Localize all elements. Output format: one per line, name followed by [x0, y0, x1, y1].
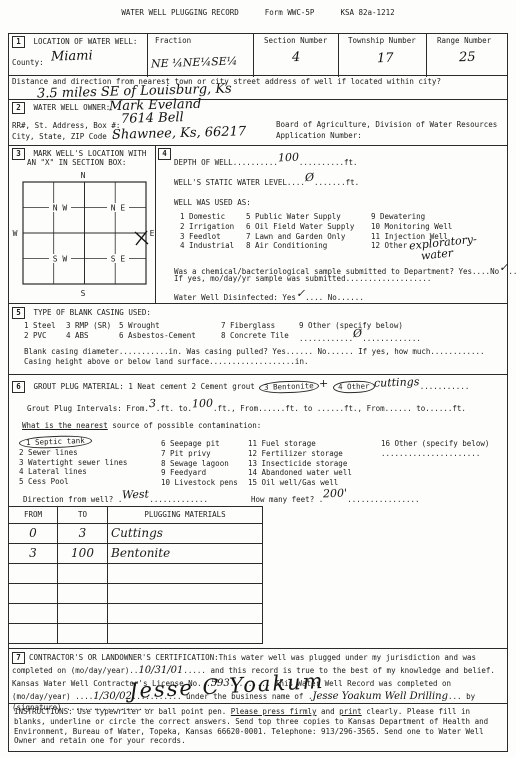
cell-material [108, 584, 263, 604]
range-value: 25 [459, 50, 476, 67]
contamination-option: 11 Fuel storage [248, 439, 352, 449]
casing-other-value: Ø [353, 327, 363, 342]
interval-from-value: 3 [149, 397, 156, 412]
city-value: Shawnee, Ks, 66217 [112, 124, 247, 144]
contamination-option: 7 Pit privy [161, 449, 238, 459]
section7-badge: 7 [12, 652, 25, 664]
section5-casing: 5 TYPE OF BLANK CASING USED: 1 Steel 3 R… [8, 303, 508, 375]
grout-option-bentonite-circled: 3 Bentonite [259, 380, 319, 394]
quarter-ne-label: N E [111, 204, 126, 213]
section1-distance: Distance and direction from nearest town… [8, 75, 508, 100]
section3-badge: 3 [12, 148, 25, 160]
instructions-paragraph: INSTRUCTIONS: Use typewriter or ball poi… [9, 704, 507, 749]
section7-certification: 7CONTRACTOR'S OR LANDOWNER'S CERTIFICATI… [8, 648, 508, 704]
plugging-intervals-table: FROM TO PLUGGING MATERIALS 0 3 Cuttings … [8, 506, 263, 644]
contamination-option: 12 Fertilizer storage [248, 449, 352, 459]
compass-south-label: S [81, 289, 86, 298]
grout-material-label: GROUT PLUG MATERIAL: 1 Neat cement 2 Cem… [34, 382, 255, 391]
county-label: County: [12, 58, 44, 68]
col-header-from: FROM [9, 507, 58, 524]
section6-badge: 6 [12, 381, 25, 393]
section5-title: TYPE OF BLANK CASING USED: [34, 308, 151, 317]
section3-title-line2: AN "X" IN SECTION BOX: [27, 158, 126, 168]
table-row: 3 100 Bentonite [9, 544, 263, 564]
static-level-label: WELL'S STATIC WATER LEVEL.... [174, 178, 305, 187]
cell-material: Bentonite [108, 544, 263, 564]
used-option: 4 Industrial [180, 241, 234, 251]
bentonite-plus-mark: + [319, 377, 329, 392]
used-option: 10 Monitoring Well [371, 222, 452, 232]
compass-north-label: N [81, 171, 86, 180]
casing-row2: 2 PVC 4 ABS 6 Asbestos-Cement 8 Concrete… [9, 331, 509, 341]
cell-from [9, 624, 58, 644]
fraction-value: NE ¼NE¼SE¼ [151, 54, 238, 71]
cell-to: 100 [58, 544, 108, 564]
used-other-value-line2: water [420, 246, 453, 264]
township-value: 17 [377, 51, 394, 68]
used-option: 9 Dewatering [371, 212, 452, 222]
range-label: Range Number [437, 36, 491, 46]
application-number-label: Application Number: [276, 131, 362, 141]
contamination-option: 10 Livestock pens [161, 478, 238, 488]
direction-from-well-label: Direction from well? . [23, 495, 122, 504]
feet-value: 200' [323, 487, 348, 502]
fraction-label: Fraction [155, 36, 191, 46]
section6-grout: 6 GROUT PLUG MATERIAL: 1 Neat cement 2 C… [8, 374, 508, 649]
contamination-septic-circled: 1 Septic tank [19, 435, 92, 449]
casing-option: 7 Fiberglass [221, 321, 275, 331]
sample-date-label: If yes, mo/day/yr sample was submitted..… [174, 274, 431, 284]
owner-label: WATER WELL OWNER: [34, 103, 111, 112]
grout-other-value: cuttings [374, 375, 420, 391]
cell-material [108, 604, 263, 624]
instructions-box: INSTRUCTIONS: Use typewriter or ball poi… [8, 703, 508, 752]
used-option: 2 Irrigation [180, 222, 234, 232]
casing-option: 8 Concrete Tile [221, 331, 289, 341]
instructions-label: INSTRUCTIONS: [14, 707, 73, 716]
contamination-option: 3 Watertight sewer lines [19, 458, 127, 468]
water-well-plugging-record-form: WATER WELL PLUGGING RECORD Form WWC-5P K… [0, 0, 516, 757]
cell-from: 0 [9, 524, 58, 544]
section1-title: LOCATION OF WATER WELL: [34, 37, 138, 46]
casing-option: 2 PVC [24, 331, 47, 341]
cell-from [9, 584, 58, 604]
cell-from [9, 604, 58, 624]
casing-diameter-line: Blank casing diameter...........in. Was … [24, 347, 485, 357]
contamination-option: 14 Abandoned water well [248, 468, 352, 478]
cell-material: Cuttings [108, 524, 263, 544]
compass-east-label: E [150, 229, 155, 238]
plugged-date-value: 10/31/01 [138, 665, 183, 676]
table-row [9, 624, 263, 644]
depth-label: DEPTH OF WELL.......... [174, 158, 278, 167]
grout-intervals-label: Grout Plug Intervals: From. [27, 404, 149, 413]
cell-material [108, 564, 263, 584]
section-number-label: Section Number [264, 36, 327, 46]
cell-to [58, 584, 108, 604]
cell-from [9, 564, 58, 584]
used-option: 1 Domestic [180, 212, 234, 222]
used-as-col2: 5 Public Water Supply 6 Oil Field Water … [246, 212, 354, 251]
col-header-materials: PLUGGING MATERIALS [108, 507, 263, 524]
cell-to [58, 604, 108, 624]
section4-depth-usage: 4 DEPTH OF WELL..........100..........ft… [155, 145, 508, 304]
record-completed-date-value: 1/30/02 [93, 691, 132, 702]
divider [338, 34, 339, 77]
contamination-option: 4 Lateral lines [19, 467, 127, 477]
contamination-other-dots: ...................... [381, 449, 489, 459]
press-firmly-underlined: Please press firmly [231, 707, 317, 716]
print-underlined: print [339, 707, 362, 716]
casing-row1: 1 Steel 3 RMP (SR) 5 Wrought 7 Fiberglas… [9, 321, 509, 331]
table-row [9, 604, 263, 624]
form-title: WATER WELL PLUGGING RECORD [121, 8, 238, 18]
used-option: 6 Oil Field Water Supply [246, 222, 354, 232]
disinfected-label: Water Well Disinfected: Yes [174, 293, 296, 302]
interval-to-value: 100 [192, 397, 213, 412]
used-as-title: WELL WAS USED AS: [174, 198, 251, 208]
static-level-value: Ø [305, 171, 315, 186]
contamination-col1: 1 Septic tank 2 Sewer lines 3 Watertight… [19, 436, 127, 487]
contamination-question: source of possible contamination: [108, 421, 262, 430]
casing-option: 6 Asbestos-Cement [119, 331, 196, 341]
how-many-feet-label: How many feet? . [251, 495, 323, 504]
used-option: 7 Lawn and Garden Only [246, 232, 354, 242]
county-value: Miami [51, 48, 93, 66]
cell-to [58, 564, 108, 584]
page-header: WATER WELL PLUGGING RECORD Form WWC-5P K… [0, 8, 516, 18]
contamination-option: 6 Seepage pit [161, 439, 238, 449]
cell-from: 3 [9, 544, 58, 564]
cell-to: 3 [58, 524, 108, 544]
section-grid-diagram: N N W N E S W S E W E S [9, 170, 157, 302]
contamination-col4: 16 Other (specify below) ...............… [381, 439, 489, 459]
contamination-col2: 6 Seepage pit 7 Pit privy 8 Sewage lagoo… [161, 439, 238, 488]
used-option: 3 Feedlot [180, 232, 234, 242]
divider [426, 34, 427, 77]
table-row [9, 584, 263, 604]
used-as-col1: 1 Domestic 2 Irrigation 3 Feedlot 4 Indu… [180, 212, 234, 251]
direction-value: West [122, 488, 149, 503]
table-row [9, 564, 263, 584]
casing-option: 9 Other (specify below) [299, 321, 403, 331]
contamination-option: 8 Sewage lagoon [161, 459, 238, 469]
contamination-option: 9 Feedyard [161, 468, 238, 478]
section3-title-line1: MARK WELL'S LOCATION WITH [34, 149, 147, 158]
quarter-nw-label: N W [53, 204, 68, 213]
contamination-option: 5 Cess Pool [19, 477, 127, 487]
casing-option: 5 Wrought [119, 321, 160, 331]
casing-option: 3 RMP (SR) [66, 321, 111, 331]
section5-badge: 5 [12, 307, 25, 319]
business-name-value: Jesse Yoakum Well Drilling [312, 691, 448, 702]
section1-badge: 1 [12, 36, 25, 48]
city-label: City, State, ZIP Code : [12, 132, 116, 142]
casing-height-line: Casing height above or below land surfac… [24, 357, 308, 367]
section3-location-diagram: 3 MARK WELL'S LOCATION WITH AN "X" IN SE… [8, 145, 156, 304]
section4-badge: 4 [158, 148, 171, 160]
divider [147, 34, 148, 77]
compass-west-label: W [13, 229, 18, 238]
casing-option: 4 ABS [66, 331, 89, 341]
depth-value: 100 [278, 151, 299, 166]
form-number: Form WWC-5P [265, 8, 315, 18]
table-row: 0 3 Cuttings [9, 524, 263, 544]
divider [253, 34, 254, 77]
casing-option: 1 Steel [24, 321, 56, 331]
section1-location: 1 LOCATION OF WATER WELL: County: Miami … [8, 33, 508, 76]
cell-to [58, 624, 108, 644]
section-number-value: 4 [292, 50, 301, 67]
grout-option-other-circled: 4 Other [333, 380, 375, 393]
section2-owner: 2 WATER WELL OWNER: Mark Eveland RR#, St… [8, 99, 508, 146]
contamination-option: 2 Sewer lines [19, 448, 127, 458]
used-option: 8 Air Conditioning [246, 241, 354, 251]
contamination-option: 13 Insecticide storage [248, 459, 352, 469]
contamination-question-underlined: What is the nearest [22, 421, 108, 430]
quarter-sw-label: S W [53, 255, 68, 264]
board-label: Board of Agriculture, Division of Water … [276, 120, 497, 130]
table-header-row: FROM TO PLUGGING MATERIALS [9, 507, 263, 524]
section2-badge: 2 [12, 102, 25, 114]
contamination-option-other: 16 Other (specify below) [381, 439, 489, 449]
township-label: Township Number [348, 36, 416, 46]
used-option: 5 Public Water Supply [246, 212, 354, 222]
address-label: RR#, St. Address, Box #: [12, 121, 120, 131]
cell-material [108, 624, 263, 644]
statute-number: KSA 82a-1212 [340, 8, 394, 18]
contamination-col3: 11 Fuel storage 12 Fertilizer storage 13… [248, 439, 352, 488]
disinfected-yes-check: ✓ [296, 287, 306, 302]
chemical-sample-no-check: ✓ [499, 261, 509, 276]
col-header-to: TO [58, 507, 108, 524]
quarter-se-label: S E [111, 255, 126, 264]
